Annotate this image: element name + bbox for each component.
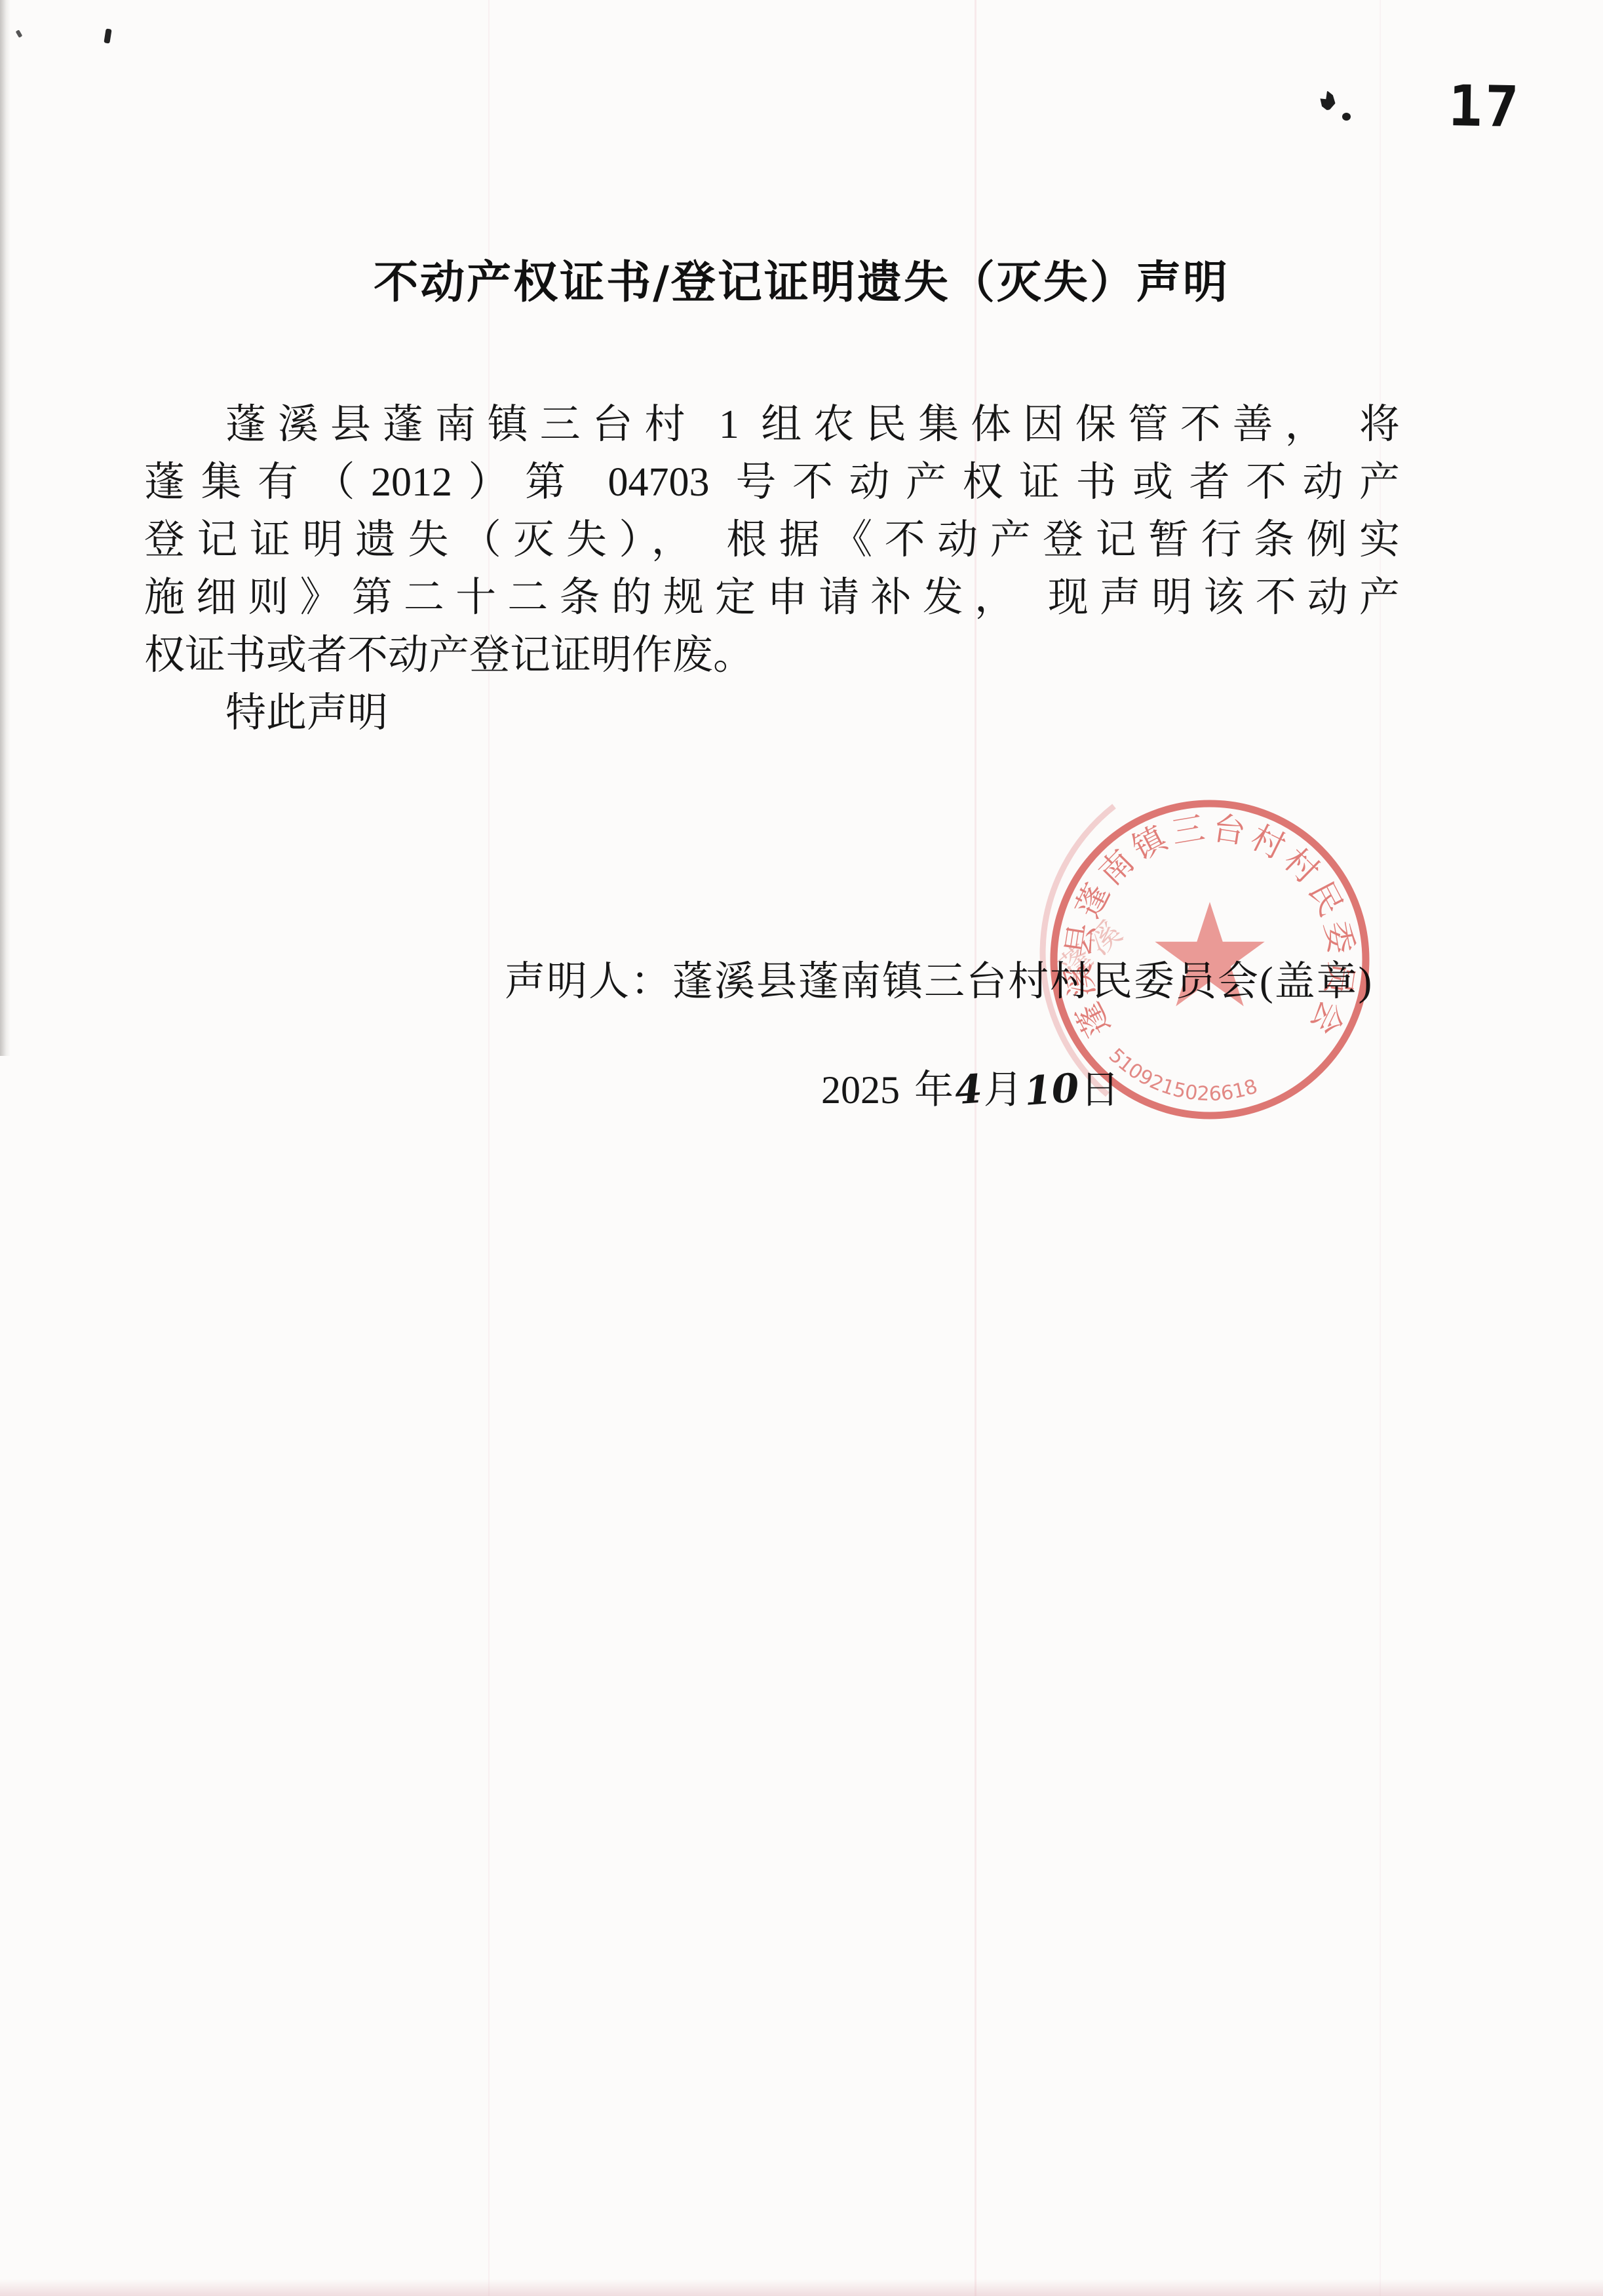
body-line: 蓬集有（2012）第 04703 号不动产权证书或者不动产: [144, 454, 1400, 511]
date-month-handwritten: 4: [954, 1066, 984, 1114]
body-line: 权证书或者不动产登记证明作废。: [144, 627, 1400, 684]
document-title: 不动产权证书/登记证明遗失（灭失）声明: [0, 257, 1603, 309]
seal-code: 5109215026618: [1104, 1044, 1260, 1106]
document-body: 蓬溪县蓬南镇三台村 1 组农民集体因保管不善， 将 蓬集有（2012）第 047…: [144, 396, 1400, 742]
official-seal-stamp: 蓬溪 蓬溪县蓬南镇三台村村民委员会 5109215026618: [1039, 789, 1380, 1130]
ink-dot: [1342, 113, 1351, 121]
scanned-document-page: 17 不动产权证书/登记证明遗失（灭失）声明 蓬溪县蓬南镇三台村 1 组农民集体…: [0, 0, 1603, 2296]
scan-streak: [488, 0, 490, 2296]
ink-speck: [104, 28, 111, 43]
date-year: 2025: [821, 1068, 900, 1112]
star-icon: [1155, 902, 1264, 1006]
scan-edge-band: [0, 2279, 1603, 2296]
body-line: 蓬溪县蓬南镇三台村 1 组农民集体因保管不善， 将: [144, 396, 1400, 454]
declarant-label: 声明人：: [505, 960, 672, 1004]
body-line: 施细则》第二十二条的规定申请补发， 现声明该不动产: [144, 569, 1400, 627]
closing-line: 特此声明: [144, 684, 1400, 742]
date-year-unit: 年: [914, 1068, 954, 1112]
ink-speck: [16, 29, 23, 38]
scan-streak: [1380, 0, 1381, 2296]
date-month-unit: 月: [984, 1068, 1023, 1112]
body-line: 登记证明遗失（灭失）， 根据《不动产登记暂行条例实: [144, 511, 1400, 569]
page-number: 17: [1448, 78, 1522, 136]
ink-scribble: [1317, 89, 1338, 112]
scan-streak: [975, 0, 976, 2296]
scan-edge-shadow: [0, 0, 10, 1056]
